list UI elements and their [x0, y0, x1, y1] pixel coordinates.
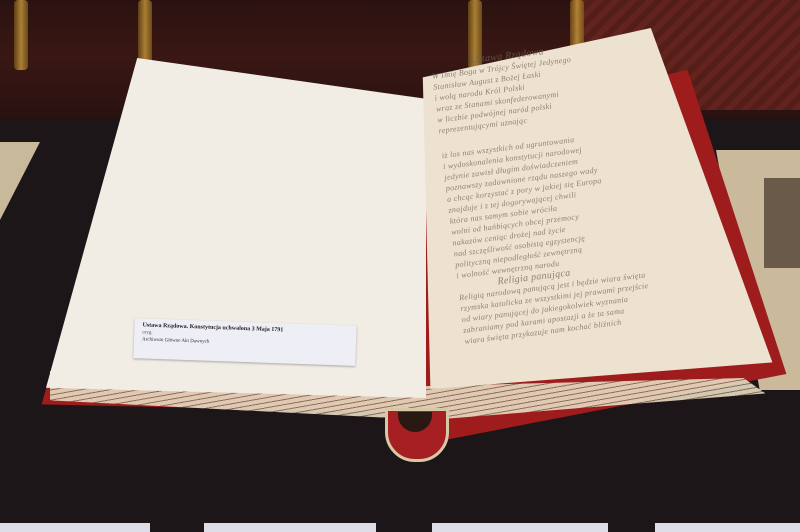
- exhibit-card: [655, 523, 800, 532]
- exhibit-card: [204, 523, 376, 532]
- gilt-frame-ornament: [14, 0, 28, 70]
- handwritten-text: Ustawa Rządowa W Imię Boga w Trójcy Świę…: [430, 21, 788, 388]
- photo-scene: Ustawa Rządowa W Imię Boga w Trójcy Świę…: [0, 0, 800, 532]
- exhibit-card: [432, 523, 608, 532]
- exhibit-card: [0, 523, 150, 532]
- exhibit-label-card: Ustawa Rządowa. Konstytucja uchwalona 3 …: [133, 318, 356, 366]
